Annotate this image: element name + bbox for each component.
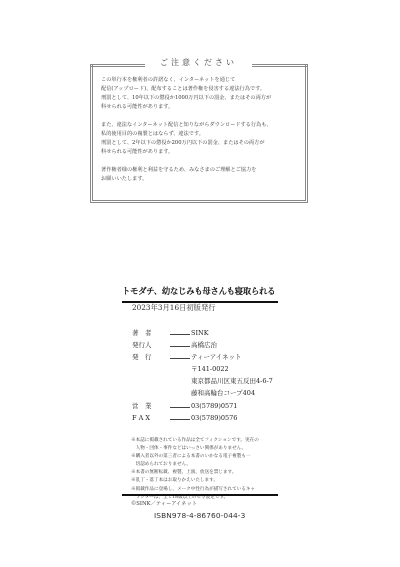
leader-dash bbox=[170, 327, 190, 335]
credit-row-author: 著 者 SINK bbox=[132, 327, 273, 339]
credits-block: 著 者 SINK 発行人 高橋広治 発 行 ティーアイネット 〒141-0022… bbox=[132, 327, 273, 424]
credit-label: 発行人 bbox=[132, 339, 170, 351]
isbn: ISBN978-4-86760-044-3 bbox=[154, 511, 245, 520]
credit-value: ティーアイネット bbox=[191, 351, 242, 363]
notice-paragraph-request: 著作権者様の権利と利益を守るため、みなさまのご理解とご協力を お願いいたします。 bbox=[101, 166, 301, 184]
notice-paragraph-download: また、違法なインターネット配信と知りながらダウンロードする行為も、 私的使用目的… bbox=[101, 121, 301, 157]
credit-label: 著 者 bbox=[132, 327, 170, 339]
contact-label: F A X bbox=[132, 412, 170, 424]
credit-value: 高橋広治 bbox=[191, 339, 217, 351]
contact-row-sales: 営 業 03(5789)0571 bbox=[132, 400, 273, 412]
credit-value: SINK bbox=[191, 327, 209, 339]
leader-dash bbox=[170, 351, 190, 359]
leader-dash bbox=[170, 400, 190, 408]
credit-row-publisher-person: 発行人 高橋広治 bbox=[132, 339, 273, 351]
colophon-bottom-rule bbox=[122, 494, 278, 496]
notice-body: この単行本を権利者の許諾なく、インターネットを通じて 配信(アップロード)、配布… bbox=[101, 76, 301, 193]
address-building: 藤和高輪台コープ404 bbox=[132, 387, 273, 399]
contact-value: 03(5789)0576 bbox=[191, 412, 237, 424]
edition-date: 2023年3月16日初版発行 bbox=[132, 303, 216, 313]
contact-row-fax: F A X 03(5789)0576 bbox=[132, 412, 273, 424]
note-digital-copy: ※購入者以外の第三者による本書のいかなる電子複製も一 切認められておりません。 bbox=[131, 453, 276, 469]
credit-row-publisher: 発 行 ティーアイネット bbox=[132, 351, 273, 363]
notice-title: ご注意ください bbox=[145, 57, 252, 68]
contact-label: 営 業 bbox=[132, 400, 170, 412]
notice-top-rule-right bbox=[252, 64, 308, 67]
leader-dash bbox=[170, 339, 190, 347]
legal-notes: ※本誌に掲載されている作品は全てフィクションです。実在の 人物・団体・事件などは… bbox=[131, 437, 276, 502]
leader-dash bbox=[170, 412, 190, 420]
address-street: 東京都品川区東五反田4-6-7 bbox=[132, 375, 273, 387]
notice-paragraph-upload: この単行本を権利者の許諾なく、インターネットを通じて 配信(アップロード)、配布… bbox=[101, 76, 301, 112]
copyright: ©SINK／ティーアイネット bbox=[131, 499, 197, 507]
note-fiction: ※本誌に掲載されている作品は全てフィクションです。実在の 人物・団体・事件などは… bbox=[131, 437, 276, 453]
address-postal: 〒141-0022 bbox=[132, 363, 273, 375]
contact-value: 03(5789)0571 bbox=[191, 400, 237, 412]
note-replacement: ※乱丁・落丁本はお取りかえいたします。 bbox=[131, 477, 276, 485]
note-reproduction: ※本書の無断転載、複製、上演、放送を禁じます。 bbox=[131, 469, 276, 477]
notice-top-rule-left bbox=[90, 64, 145, 67]
credit-label: 発 行 bbox=[132, 351, 170, 363]
book-title: トモダチ、幼なじみも母さんも寝取られる bbox=[122, 285, 282, 297]
